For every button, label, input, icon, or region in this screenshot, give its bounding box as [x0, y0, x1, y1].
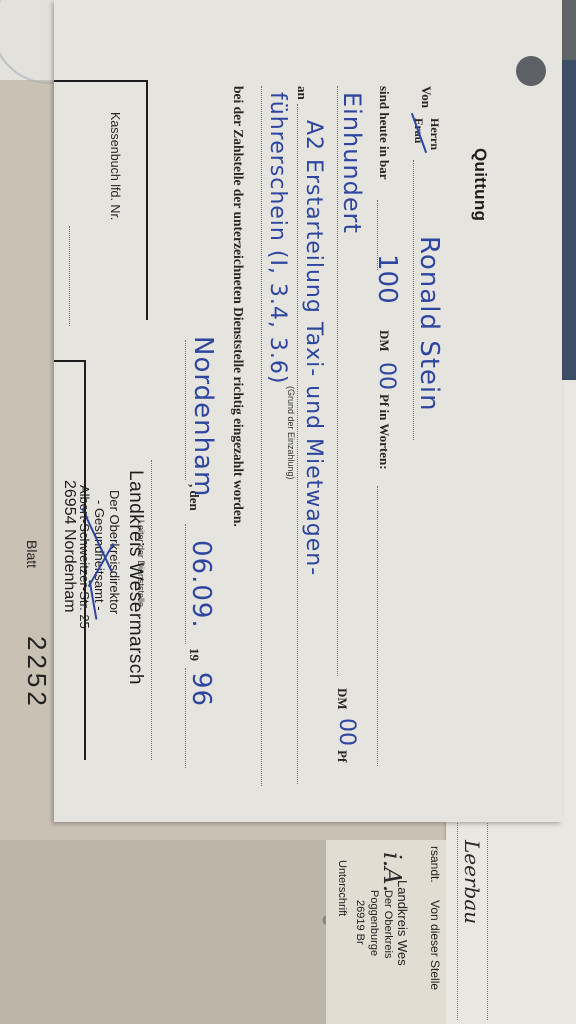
- box-rule: [54, 80, 148, 82]
- an-label: an: [294, 86, 310, 100]
- box-rule: [146, 80, 148, 320]
- payer-name: Ronald Stein: [414, 236, 444, 412]
- stamp-line-5: 26954 Nordenham: [60, 480, 78, 613]
- bg-stamp-line2: Der Oberkreis: [382, 890, 394, 958]
- punch-hole: [516, 56, 546, 86]
- date: 06.09.: [186, 540, 216, 629]
- pf-label-2: Pf: [334, 750, 350, 762]
- sind-heute-in-bar-label: sind heute in bar: [376, 86, 392, 180]
- place: Nordenham: [188, 336, 218, 497]
- blatt-number: 2252: [21, 636, 52, 710]
- kassenbuch-label: Kassenbuch lfd. Nr.: [108, 112, 122, 220]
- dm-label: DM: [376, 330, 392, 352]
- photo-stage: Zuständigkeit Sommerfeld Str. 27a Leerba…: [0, 0, 576, 1024]
- box-rule: [54, 360, 86, 362]
- dotted-line: [261, 86, 262, 786]
- dotted-line: [457, 820, 458, 1020]
- grund-der-einzahlung-label: (Grund der Einzahlung): [286, 386, 296, 480]
- amount-pf: 00: [374, 362, 399, 390]
- bg-stamp-line4: 26919 Br: [354, 900, 366, 945]
- pf-in-worten-label: Pf in Worten:: [376, 394, 392, 470]
- von-dieser-stelle-label: Von dieser Stelle: [428, 900, 442, 990]
- box-rule: [84, 360, 86, 760]
- amount-in-words: Einhundert: [338, 92, 366, 234]
- amount-dm: 100: [372, 254, 402, 304]
- reason-line-2: führerschein (I, 3.4, 3.6): [265, 92, 290, 384]
- unterschrift-label: Unterschrift: [336, 860, 348, 916]
- confirmation-sentence: bei der Zahlstelle der unterzeichneten D…: [230, 86, 246, 527]
- handwritten-line2: Leerbau: [460, 840, 484, 924]
- bg-stamp-line3: Poggenburge: [368, 890, 380, 956]
- versandt-label: rsandt.: [428, 846, 442, 883]
- stamp-line-1: Landkreis Wesermarsch: [124, 470, 146, 685]
- year-prefix: 19: [186, 648, 202, 661]
- reason-line-1: A2 Erstarteilung Taxi- und Mietwagen-: [301, 120, 326, 576]
- kassenbuch-number-field: [69, 226, 70, 326]
- background-signature: i.A.: [378, 852, 406, 892]
- blatt-label: Blatt: [24, 540, 40, 568]
- receipt-title: Quittung: [470, 148, 490, 221]
- den-label: , den: [186, 484, 202, 511]
- year-suffix: 96: [186, 672, 216, 707]
- dotted-line: [377, 486, 378, 766]
- signature-line: [151, 460, 152, 760]
- herrn-label: Herrn: [427, 118, 442, 150]
- bg-stamp-line1: Landkreis Wes: [395, 880, 410, 966]
- dm-label-2: DM: [334, 688, 350, 710]
- von-label: Von: [418, 86, 434, 108]
- receipt-form: Quittung Von Herrn Frau Ronald Stein sin…: [54, 0, 562, 822]
- background-document-lower: rsandt. Von dieser Stelle Landkreis Wes …: [326, 840, 446, 1024]
- dotted-line: [185, 340, 186, 480]
- dotted-line: [297, 104, 298, 784]
- amount-words-pf: 00: [334, 718, 359, 746]
